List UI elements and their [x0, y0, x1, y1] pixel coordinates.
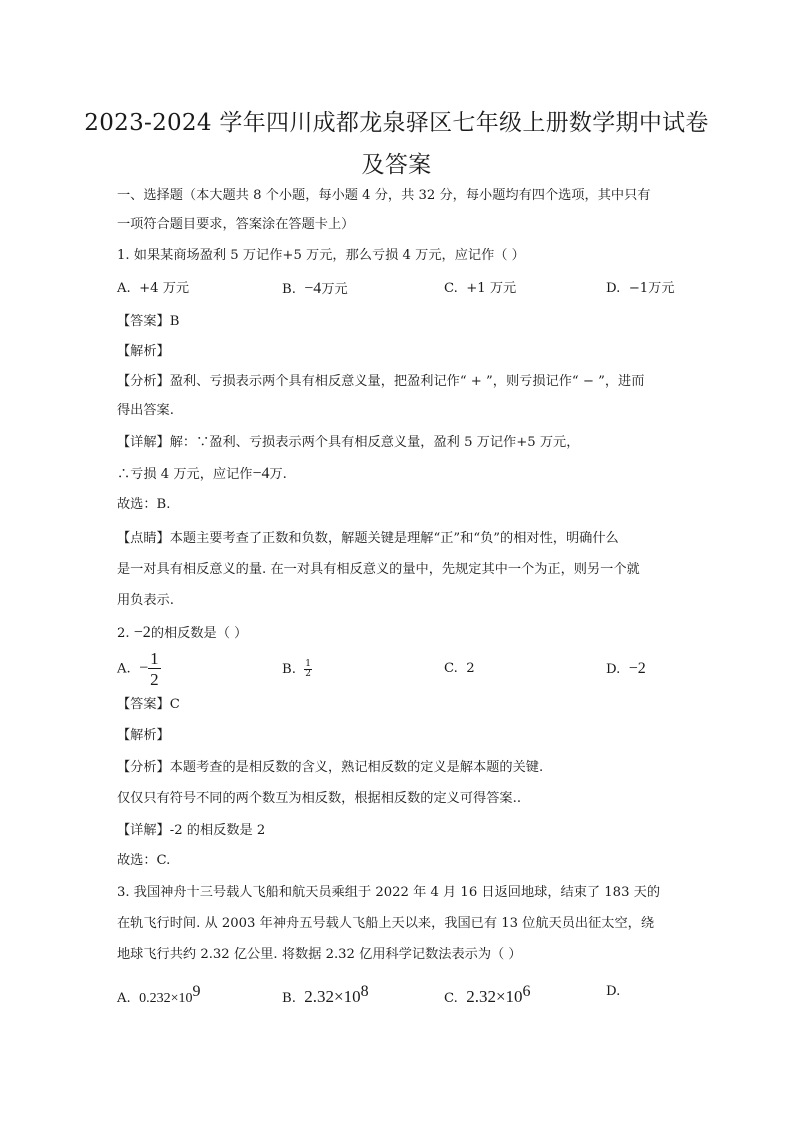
q2-option-a: A. −12	[117, 650, 161, 688]
q1-detail-line1: 【详解】解：∵盈利、亏损表示两个具有相反意义量，盈利 5 万记作+5 万元，	[117, 434, 677, 452]
q1-detail-line2: ∴亏损 4 万元，应记作−4万.	[117, 465, 677, 484]
document-title-line1: 2023-2024 学年四川成都龙泉驿区七年级上册数学期中试卷	[0, 104, 793, 137]
section-heading-line1: 一、选择题（本大题共 8 个小题，每小题 4 分，共 32 分，每小题均有四个选…	[117, 187, 677, 205]
q1-analysis-heading: 【解析】	[117, 343, 677, 361]
q2-option-d: D. −2	[606, 660, 646, 679]
q1-stem: 1. 如果某商场盈利 5 万记作+5 万元，那么亏损 4 万元，应记作（ ）	[117, 247, 677, 265]
q2-analysis-line2: 仅仅只有符号不同的两个数互为相反数，根据相反数的定义可得答案..	[117, 790, 677, 808]
q2-detail: 【详解】-2 的相反数是 2	[117, 822, 677, 840]
q1-comment-line3: 用负表示.	[117, 592, 677, 610]
q1-comment-line1: 【点睛】本题主要考查了正数和负数，解题关键是理解“正”和“负”的相对性，明确什么	[117, 530, 677, 548]
q2-option-c: C. 2	[444, 660, 475, 678]
q3-option-a: A. 0.232×109	[117, 983, 201, 1008]
q2-stem: 2. −2的相反数是（ ）	[117, 624, 677, 643]
q3-stem-line1: 3. 我国神舟十三号载人飞船和航天员乘组于 2022 年 4 月 16 日返回地…	[117, 884, 677, 902]
q1-option-c: C. +1 万元	[444, 280, 516, 298]
q3-option-c: C. 2.32×106	[444, 983, 531, 1008]
exam-page: 2023-2024 学年四川成都龙泉驿区七年级上册数学期中试卷 及答案 一、选择…	[0, 0, 793, 1122]
q3-stem-line2: 在轨飞行时间. 从 2003 年神舟五号载人飞船上天以来，我国已有 13 位航天…	[117, 915, 677, 933]
q1-option-a: A. +4 万元	[117, 280, 189, 298]
q1-choose: 故选：B.	[117, 496, 677, 514]
q1-option-b: B. −4万元	[282, 280, 348, 299]
q3-option-d: D.	[606, 983, 620, 1001]
q2-choose: 故选：C.	[117, 852, 677, 870]
q2-analysis-line1: 【分析】本题考查的是相反数的含义，熟记相反数的定义是解本题的关键.	[117, 759, 677, 777]
q2-analysis-heading: 【解析】	[117, 727, 677, 745]
q2-option-b: B. 12	[282, 660, 312, 679]
q1-analysis-line2: 得出答案.	[117, 402, 677, 420]
q3-stem-line3: 地球飞行共约 2.32 亿公里. 将数据 2.32 亿用科学记数法表示为（ ）	[117, 946, 677, 964]
q1-option-d: D. −1万元	[606, 280, 675, 298]
q1-answer: 【答案】B	[117, 313, 677, 331]
q2-answer: 【答案】C	[117, 696, 677, 714]
section-heading-line2: 一项符合题目要求，答案涂在答题卡上）	[117, 216, 677, 234]
q1-comment-line2: 是一对具有相反意义的量. 在一对具有相反意义的量中，先规定其中一个为正，则另一个…	[117, 561, 677, 579]
q3-option-b: B. 2.32×108	[282, 983, 369, 1008]
document-title-line2: 及答案	[0, 146, 793, 179]
q1-analysis-line1: 【分析】盈利、亏损表示两个具有相反意义量，把盈利记作“ + ”，则亏损记作“ −…	[117, 373, 677, 391]
